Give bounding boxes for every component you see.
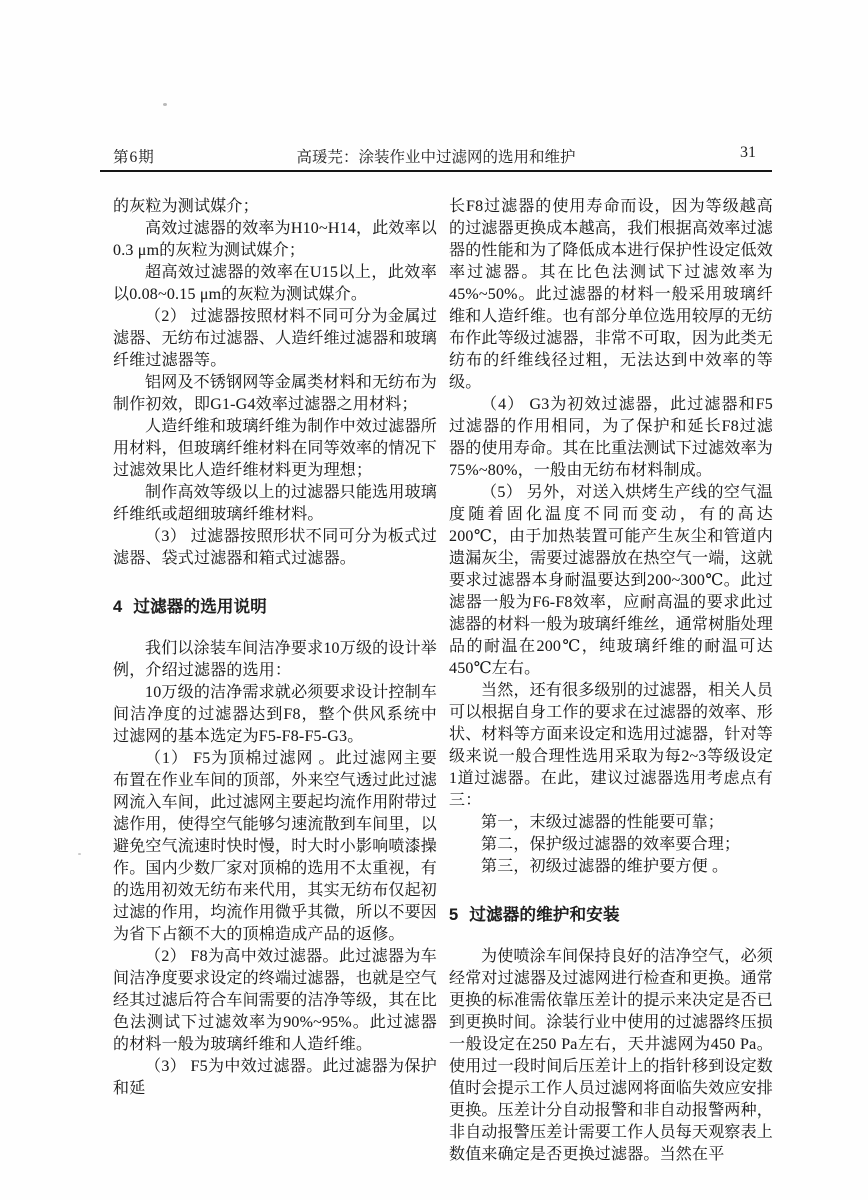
paragraph: （2） F8为高中效过滤器。此过滤器为车间洁净度要求设定的终端过滤器，也就是空气… xyxy=(113,946,437,1056)
scan-speck xyxy=(78,853,81,855)
right-column: 长F8过滤器的使用寿命而设，因为等级越高的过滤器更换成本越高，我们根据高效率过滤… xyxy=(449,196,773,1166)
paragraph: 高效过滤器的效率为H10~H14，此效率以0.3 μm的灰粒为测试媒介； xyxy=(113,218,437,262)
paragraph: 超高效过滤器的效率在U15以上，此效率以0.08~0.15 μm的灰粒为测试媒介… xyxy=(113,262,437,306)
journal-page: 第6期 高瑗芫：涂装作业中过滤网的选用和维护 31 的灰粒为测试媒介；高效过滤器… xyxy=(0,0,868,1200)
paragraph: 我们以涂装车间洁净要求10万级的设计举例，介绍过滤器的选用： xyxy=(113,638,437,682)
paragraph: 制作高效等级以上的过滤器只能选用玻璃纤维纸或超细玻璃纤维材料。 xyxy=(113,482,437,526)
paragraph: （3） 过滤器按照形状不同可分为板式过滤器、袋式过滤器和箱式过滤器。 xyxy=(113,526,437,570)
section-title: 过滤器的选用说明 xyxy=(133,598,267,616)
paragraph: （2） 过滤器按照材料不同可分为金属过滤器、无纺布过滤器、人造纤维过滤器和玻璃纤… xyxy=(113,306,437,372)
paragraph: （5） 另外，对送入烘烤生产线的空气温度随着固化温度不同而变动，有的高达200℃… xyxy=(449,482,773,680)
section-heading: 5过滤器的维护和安装 xyxy=(449,904,773,926)
running-title: 高瑗芫：涂装作业中过滤网的选用和维护 xyxy=(100,145,772,167)
section-title: 过滤器的维护和安装 xyxy=(469,906,619,924)
paragraph: 第二，保护级过滤器的效率要合理； xyxy=(449,834,773,856)
paragraph: 铝网及不锈钢网等金属类材料和无纺布为制作初效，即G1-G4效率过滤器之用材料； xyxy=(113,372,437,416)
left-column: 的灰粒为测试媒介；高效过滤器的效率为H10~H14，此效率以0.3 μm的灰粒为… xyxy=(113,196,437,1100)
page-number: 31 xyxy=(740,144,756,162)
paragraph: 人造纤维和玻璃纤维为制作中效过滤器所用材料，但玻璃纤维材料在同等效率的情况下过滤… xyxy=(113,416,437,482)
running-head: 第6期 高瑗芫：涂装作业中过滤网的选用和维护 31 xyxy=(100,143,772,167)
paragraph: 第一，末级过滤器的性能要可靠； xyxy=(449,812,773,834)
paragraph: （3） F5为中效过滤器。此过滤器为保护和延 xyxy=(113,1056,437,1100)
paragraph: 当然，还有很多级别的过滤器，相关人员可以根据自身工作的要求在过滤器的效率、形状、… xyxy=(449,680,773,812)
paragraph: 为使喷涂车间保持良好的洁净空气，必须经常对过滤器及过滤网进行检查和更换。通常更换… xyxy=(449,946,773,1166)
section-heading: 4过滤器的选用说明 xyxy=(113,596,437,618)
paragraph: 的灰粒为测试媒介； xyxy=(113,196,437,218)
paragraph: 第三，初级过滤器的维护要方便 。 xyxy=(449,856,773,878)
paragraph: （1） F5为顶棉过滤网 。此过滤网主要布置在作业车间的顶部，外来空气透过此过滤… xyxy=(113,748,437,946)
paragraph: 10万级的洁净需求就必须要求设计控制车间洁净度的过滤器达到F8，整个供风系统中过… xyxy=(113,682,437,748)
paragraph: （4） G3为初效过滤器，此过滤器和F5过滤器的作用相同，为了保护和延长F8过滤… xyxy=(449,394,773,482)
header-rule xyxy=(100,170,772,172)
paragraph: 长F8过滤器的使用寿命而设，因为等级越高的过滤器更换成本越高，我们根据高效率过滤… xyxy=(449,196,773,394)
section-number: 5 xyxy=(449,906,458,924)
section-number: 4 xyxy=(113,598,122,616)
scan-speck xyxy=(163,103,167,106)
